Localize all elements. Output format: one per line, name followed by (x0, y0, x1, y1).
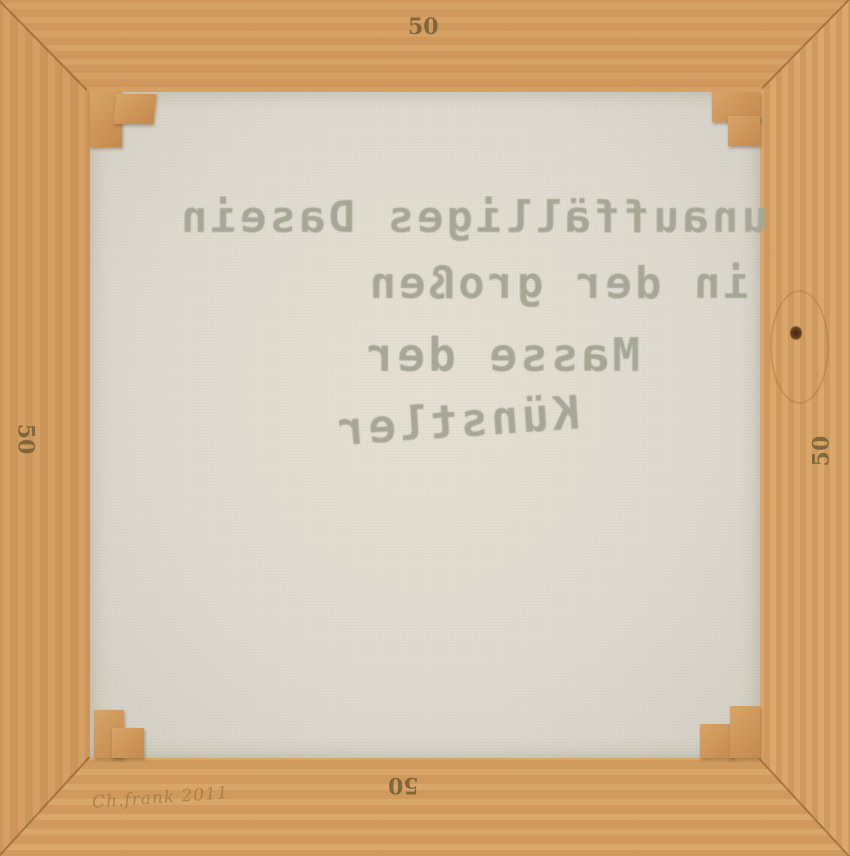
corner-key-top-right-b (728, 116, 760, 146)
canvas-back-photo: unauffälliges Dasein in der großen Masse… (0, 0, 850, 856)
wood-grain-ring (770, 290, 829, 404)
corner-key-bottom-right-a (700, 724, 734, 758)
corner-key-bottom-right-b (730, 706, 760, 758)
size-mark-top: 50 (408, 14, 439, 40)
canvas-back (90, 92, 760, 758)
size-mark-right: 50 (808, 436, 834, 467)
size-mark-left: 50 (12, 424, 38, 455)
wood-knot (790, 326, 802, 340)
size-mark-bottom: 50 (388, 772, 419, 798)
corner-key-bottom-left-b (112, 728, 144, 758)
corner-key-top-left-b (113, 94, 156, 124)
